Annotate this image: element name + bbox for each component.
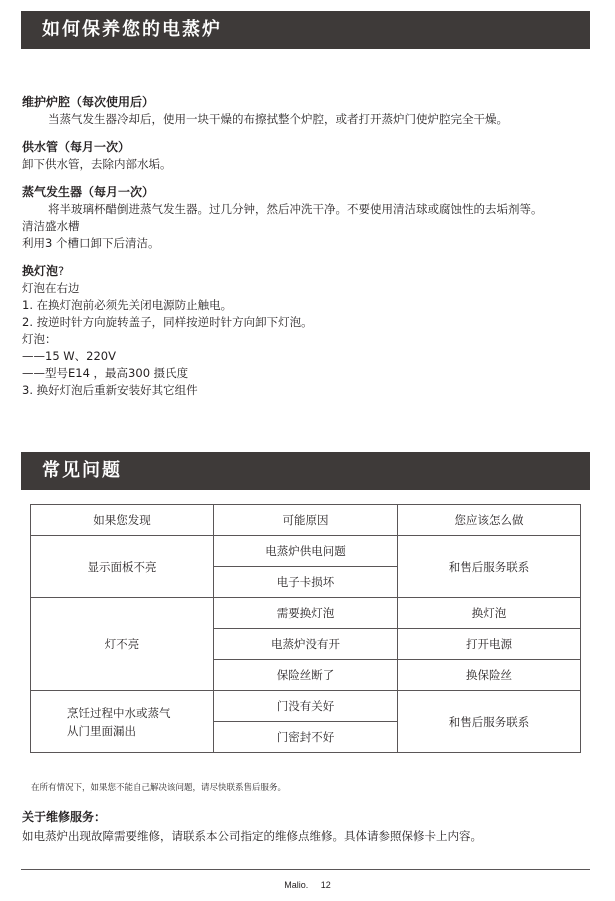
service-text: 如电蒸炉出现故障需要维修，请联系本公司指定的维修点维修。具体请参照保修卡上内容。: [22, 827, 482, 846]
header-action: 您应该怎么做: [398, 505, 581, 536]
problem-line-2: 从门里面漏出: [67, 722, 213, 740]
bulb-spec-label: 灯泡：: [22, 331, 543, 348]
table-row: 显示面板不亮 电蒸炉供电问题 和售后服务联系: [31, 536, 581, 567]
problem-cell: 显示面板不亮: [31, 536, 214, 598]
bulb-heading: 换灯泡: [22, 264, 58, 278]
bulb-spec-2: ——型号E14 ，最高300 摄氏度: [22, 365, 543, 382]
action-cell: 和售后服务联系: [398, 536, 581, 598]
page-footer: Malio. 12: [0, 880, 615, 890]
action-cell: 换灯泡: [398, 598, 581, 629]
cause-cell: 电子卡损坏: [214, 567, 398, 598]
generator-heading: 蒸气发生器（每月一次）: [22, 184, 543, 201]
faq-section-title: 常见问题: [42, 460, 122, 481]
action-cell: 打开电源: [398, 629, 581, 660]
cause-cell: 电蒸炉供电问题: [214, 536, 398, 567]
bulb-step-3: 3. 换好灯泡后重新安装好其它组件: [22, 382, 543, 399]
table-header-row: 如果您发现 可能原因 您应该怎么做: [31, 505, 581, 536]
bulb-step-2: 2. 按逆时针方向旋转盖子，同样按逆时针方向卸下灯泡。: [22, 314, 543, 331]
faq-table: 如果您发现 可能原因 您应该怎么做 显示面板不亮 电蒸炉供电问题 和售后服务联系…: [30, 504, 581, 753]
problem-cell: 烹饪过程中水或蒸气 从门里面漏出: [31, 691, 214, 753]
care-section-banner: 如何保养您的电蒸炉: [21, 11, 590, 49]
bulb-spec-1: ——15 W、220V: [22, 348, 543, 365]
service-heading: 关于维修服务：: [22, 808, 482, 827]
faq-note: 在所有情况下，如果您不能自己解决该问题，请尽快联系售后服务。: [31, 781, 286, 793]
footer-brand: Malio.: [284, 880, 308, 890]
table-row: 烹饪过程中水或蒸气 从门里面漏出 门没有关好 和售后服务联系: [31, 691, 581, 722]
service-section: 关于维修服务： 如电蒸炉出现故障需要维修，请联系本公司指定的维修点维修。具体请参…: [22, 808, 482, 846]
cavity-text: 当蒸气发生器冷却后，使用一块干燥的布擦拭整个炉腔，或者打开蒸炉门使炉腔完全干燥。: [22, 111, 543, 128]
tray-heading: 清洁盛水槽: [22, 218, 543, 235]
pipe-text: 卸下供水管，去除内部水垢。: [22, 156, 543, 173]
cause-cell: 需要换灯泡: [214, 598, 398, 629]
care-instructions: 维护炉腔（每次使用后） 当蒸气发生器冷却后，使用一块干燥的布擦拭整个炉腔，或者打…: [22, 94, 543, 399]
bulb-step-1: 1. 在换灯泡前必须先关闭电源防止触电。: [22, 297, 543, 314]
header-problem: 如果您发现: [31, 505, 214, 536]
generator-text: 将半玻璃杯醋倒进蒸气发生器。过几分钟，然后冲洗干净。不要使用清洁球或腐蚀性的去垢…: [22, 201, 543, 218]
table-row: 灯不亮 需要换灯泡 换灯泡: [31, 598, 581, 629]
cause-cell: 保险丝断了: [214, 660, 398, 691]
bulb-heading-line: 换灯泡?: [22, 263, 543, 280]
action-cell: 换保险丝: [398, 660, 581, 691]
cavity-heading: 维护炉腔（每次使用后）: [22, 94, 543, 111]
problem-cell: 灯不亮: [31, 598, 214, 691]
cause-cell: 门没有关好: [214, 691, 398, 722]
bulb-location: 灯泡在右边: [22, 280, 543, 297]
action-cell: 和售后服务联系: [398, 691, 581, 753]
header-cause: 可能原因: [214, 505, 398, 536]
pipe-heading: 供水管（每月一次）: [22, 139, 543, 156]
tray-text: 利用3 个槽口卸下后清洁。: [22, 235, 543, 252]
page-number: 12: [321, 880, 331, 890]
cause-cell: 电蒸炉没有开: [214, 629, 398, 660]
cause-cell: 门密封不好: [214, 722, 398, 753]
care-section-title: 如何保养您的电蒸炉: [42, 19, 222, 40]
faq-section-banner: 常见问题: [21, 452, 590, 490]
bulb-heading-suffix: ?: [58, 264, 64, 278]
footer-divider: [21, 869, 590, 870]
problem-line-1: 烹饪过程中水或蒸气: [67, 704, 213, 722]
